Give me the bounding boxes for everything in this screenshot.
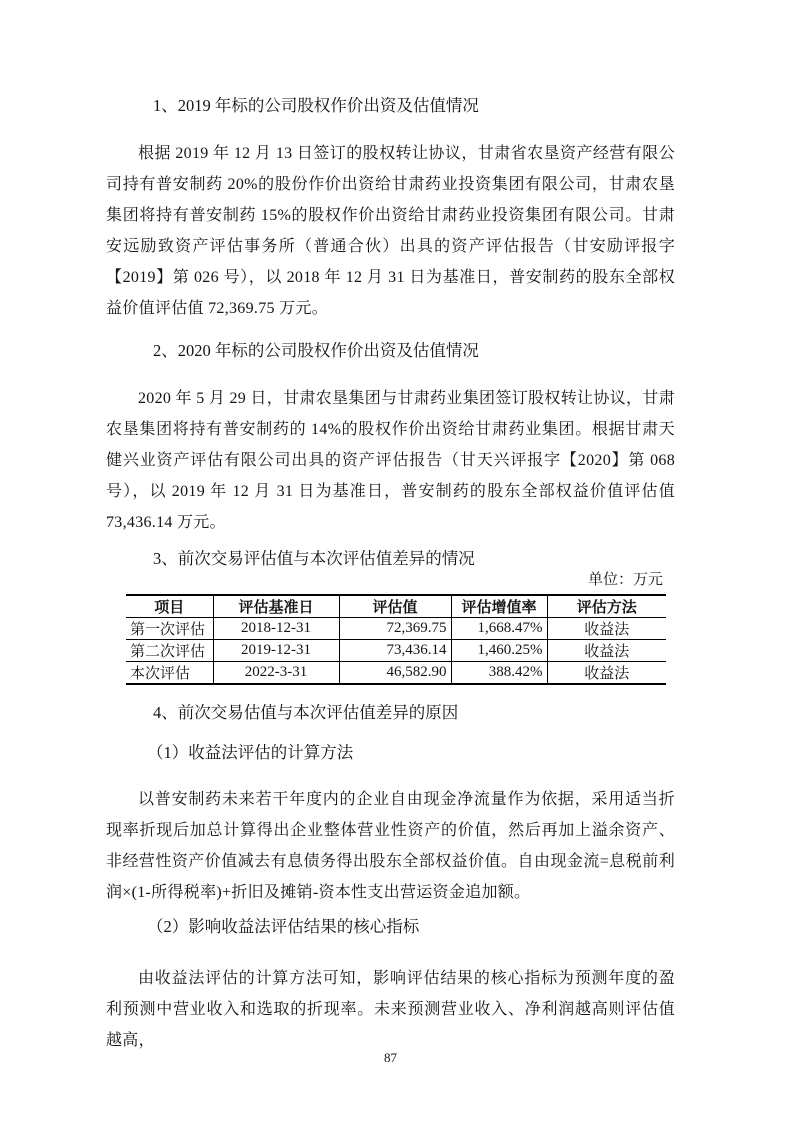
table-cell: 本次评估 [126,662,213,685]
section-paragraph-1: 根据 2019 年 12 月 13 日签订的股权转让协议，甘肃省农垦资产经营有限… [106,138,675,324]
table-row: 第一次评估 2018-12-31 72,369.75 1,668.47% 收益法 [126,618,666,640]
table-row: 第二次评估 2019-12-31 73,436.14 1,460.25% 收益法 [126,640,666,662]
table-header-row: 项目 评估基准日 评估值 评估增值率 评估方法 [126,595,666,618]
table-cell: 收益法 [547,618,666,640]
table-header-item: 项目 [126,595,213,618]
section-heading-1: 1、2019 年标的公司股权作价出资及估值情况 [106,95,675,117]
table-cell: 2019-12-31 [213,640,339,662]
section-heading-2: 2、2020 年标的公司股权作价出资及估值情况 [106,340,675,362]
table-unit-label: 单位：万元 [106,570,675,590]
valuation-comparison-table: 项目 评估基准日 评估值 评估增值率 评估方法 第一次评估 2018-12-31… [126,594,666,685]
subsection-paragraph-2: 由收益法评估的计算方法可知，影响评估结果的核心指标为预测年度的盈利预测中营业收入… [106,963,675,1056]
section-paragraph-2: 2020 年 5 月 29 日，甘肃农垦集团与甘肃药业集团签订股权转让协议，甘肃… [106,383,675,538]
section-heading-3: 3、前次交易评估值与本次评估值差异的情况 [106,548,675,570]
table-cell: 收益法 [547,662,666,685]
table-cell: 1,460.25% [451,640,547,662]
table-header-method: 评估方法 [547,595,666,618]
table-cell: 收益法 [547,640,666,662]
subsection-heading-1: （1）收益法评估的计算方法 [106,742,675,764]
subsection-paragraph-1: 以普安制药未来若干年度内的企业自由现金净流量作为依据，采用适当折现率折现后加总计… [106,784,675,908]
table-cell: 46,582.90 [339,662,451,685]
page-number: 87 [106,1050,675,1066]
document-page: 1、2019 年标的公司股权作价出资及估值情况 根据 2019 年 12 月 1… [0,0,793,1122]
subsection-heading-2: （2）影响收益法评估结果的核心指标 [106,916,675,938]
table-cell: 第一次评估 [126,618,213,640]
table-cell: 73,436.14 [339,640,451,662]
section-heading-4: 4、前次交易估值与本次评估值差异的原因 [106,702,675,724]
table-header-base-date: 评估基准日 [213,595,339,618]
table-cell: 第二次评估 [126,640,213,662]
table-cell: 1,668.47% [451,618,547,640]
table-cell: 388.42% [451,662,547,685]
table-header-value: 评估值 [339,595,451,618]
table-cell: 2022-3-31 [213,662,339,685]
table-header-increase-rate: 评估增值率 [451,595,547,618]
table-row: 本次评估 2022-3-31 46,582.90 388.42% 收益法 [126,662,666,685]
table-cell: 72,369.75 [339,618,451,640]
table-cell: 2018-12-31 [213,618,339,640]
